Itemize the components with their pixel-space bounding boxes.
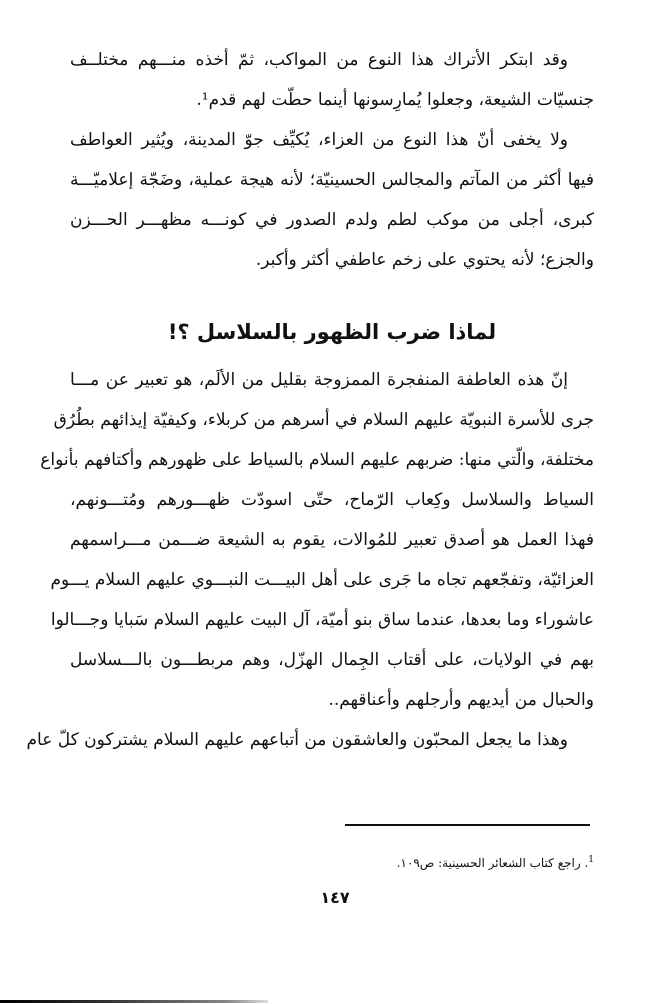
footnote: 1. راجع كتاب الشعائر الحسينية: ص١٠٩. xyxy=(94,855,594,870)
text-line: السياط والسلاسل وكِعاب الرّماح، حتّى اسو… xyxy=(70,490,594,530)
scan-edge-line xyxy=(0,1000,268,1003)
footnote-text: . راجع كتاب الشعائر الحسينية: ص١٠٩. xyxy=(397,856,589,870)
text-line: والجزع؛ لأنه يحتوي على زخم عاطفي أكثر وأ… xyxy=(70,250,594,290)
book-page: وقد ابتكر الأتراك هذا النوع من المواكب، … xyxy=(70,50,594,770)
text-line: وهذا ما يجعل المحبّون والعاشقون من أتباع… xyxy=(70,730,594,770)
text-line: وقد ابتكر الأتراك هذا النوع من المواكب، … xyxy=(70,50,594,90)
text-line: فهذا العمل هو أصدق تعبير للمُوالات، يقوم… xyxy=(70,530,594,570)
text-line: كبرى، أجلى من موكب لطم ولدم الصدور في كو… xyxy=(70,210,594,250)
paragraph-3: إنّ هذه العاطفة المنفجرة الممزوجة بقليل … xyxy=(70,370,594,730)
text-line: جنسيّات الشيعة، وجعلوا يُمارِسونها أينما… xyxy=(70,90,594,130)
footnote-marker: 1 xyxy=(588,855,594,865)
paragraph-4: وهذا ما يجعل المحبّون والعاشقون من أتباع… xyxy=(70,730,594,770)
text-line: ولا يخفى أنّ هذا النوع من العزاء، يُكيِّ… xyxy=(70,130,594,170)
text-line: عاشوراء وما بعدها، عندما ساق بنو أميّة، … xyxy=(70,610,594,650)
paragraph-2: ولا يخفى أنّ هذا النوع من العزاء، يُكيِّ… xyxy=(70,130,594,290)
section-heading: لماذا ضرب الظهور بالسلاسل ؟! xyxy=(70,312,594,352)
paragraph-1: وقد ابتكر الأتراك هذا النوع من المواكب، … xyxy=(70,50,594,130)
text-line: بهم في الولايات، على أقتاب الجِمال الهزّ… xyxy=(70,650,594,690)
text-line: مختلفة، والّتي منها: ضربهم عليهم السلام … xyxy=(70,450,594,490)
text-line: إنّ هذه العاطفة المنفجرة الممزوجة بقليل … xyxy=(70,370,594,410)
footnote-separator xyxy=(345,824,590,826)
text-line: والحبال من أيديهم وأرجلهم وأعناقهم.. xyxy=(70,690,594,730)
page-number: ١٤٧ xyxy=(310,888,360,907)
text-line: جرى للأسرة النبويّة عليهم السلام في أسره… xyxy=(70,410,594,450)
text-line: فيها أكثر من المآتم والمجالس الحسينيّة؛ … xyxy=(70,170,594,210)
text-line: العزائيّة، وتفجّعهم تجاه ما جَرى على أهل… xyxy=(70,570,594,610)
